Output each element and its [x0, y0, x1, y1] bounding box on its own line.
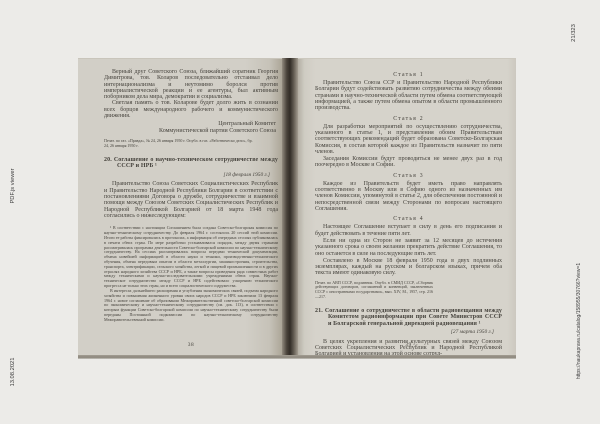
article-3: Статья 3 Каждое из Правительств будет им…	[315, 173, 502, 213]
article-4-paragraph: Составлено в Москве 18 февраля 1950 года…	[315, 258, 502, 277]
section-20-heading: 20. Соглашение о научно-техническом сотр…	[104, 157, 278, 170]
footnote-paragraph: В интересах дальнейшего расширения и угл…	[104, 289, 278, 323]
capture-date-label: 13.08.2021	[10, 357, 16, 386]
right-page: Статья 1 Правительство Союза ССР и Прави…	[298, 58, 516, 356]
section-20-date: [18 февраля 1950 г.]	[104, 173, 278, 179]
footnote-paragraph: ¹ В соответствии с настоящим Соглашением…	[104, 226, 278, 289]
book-gutter	[282, 58, 298, 356]
obituary-paragraph: Светлая память о тов. Коларове будет дол…	[104, 100, 278, 119]
page-number-left: 38	[104, 343, 278, 349]
pdf-viewer-capture: { "viewer": { "app_label": "PDF.js viewe…	[0, 0, 600, 424]
article-2-paragraph: Для разработки мероприятий по осуществле…	[315, 124, 502, 155]
article-3-paragraph: Каждое из Правительств будет иметь право…	[315, 181, 502, 212]
article-4-paragraph: Настоящее Соглашение вступает в силу в д…	[315, 224, 502, 237]
book-spread: Верный друг Советского Союза, ближайший …	[78, 58, 516, 356]
section-20-body: Правительство Союза Советских Социалисти…	[104, 181, 278, 219]
article-1-paragraph: Правительство Союза ССР и Правительство …	[315, 80, 502, 111]
page-number-right: 39	[315, 343, 502, 349]
spread-bottom-shadow	[78, 355, 516, 359]
article-4-paragraph: Если ни одна из Сторон не заявит за 12 м…	[315, 238, 502, 257]
pdfjs-viewer-label: PDF.js viewer	[10, 168, 16, 203]
article-2-title: Статья 2	[315, 116, 502, 122]
section-21-date: [27 марта 1950 г.]	[315, 330, 502, 336]
article-4: Статья 4 Настоящее Соглашение вступает в…	[315, 216, 502, 276]
page-indicator-label: 21/323	[571, 24, 577, 42]
source-note: Печат. по АВП СССР, подлинник. Опубл. в …	[315, 281, 433, 299]
source-note: Печат. по газ. «Правда», № 24, 26 января…	[104, 139, 254, 148]
article-4-title: Статья 4	[315, 216, 502, 222]
article-2: Статья 2 Для разработки мероприятий по о…	[315, 116, 502, 169]
article-1-title: Статья 1	[315, 72, 502, 78]
source-url-label: https://naukaprava.ru/catalog/158955/307…	[576, 263, 582, 379]
signature-line: Коммунистической партии Советского Союза	[104, 128, 276, 134]
article-1: Статья 1 Правительство Союза ССР и Прави…	[315, 72, 502, 112]
section-21-heading: 21. Соглашение о сотрудничестве в област…	[315, 308, 502, 327]
obituary-paragraph: Верный друг Советского Союза, ближайший …	[104, 69, 278, 100]
article-2-paragraph: Заседания Комиссии будут проводиться не …	[315, 156, 502, 169]
footnote-block: ¹ В соответствии с настоящим Соглашением…	[104, 226, 278, 323]
article-3-title: Статья 3	[315, 173, 502, 179]
signature-block: Центральный Комитет Коммунистической пар…	[104, 121, 278, 134]
left-page: Верный друг Советского Союза, ближайший …	[78, 58, 282, 356]
